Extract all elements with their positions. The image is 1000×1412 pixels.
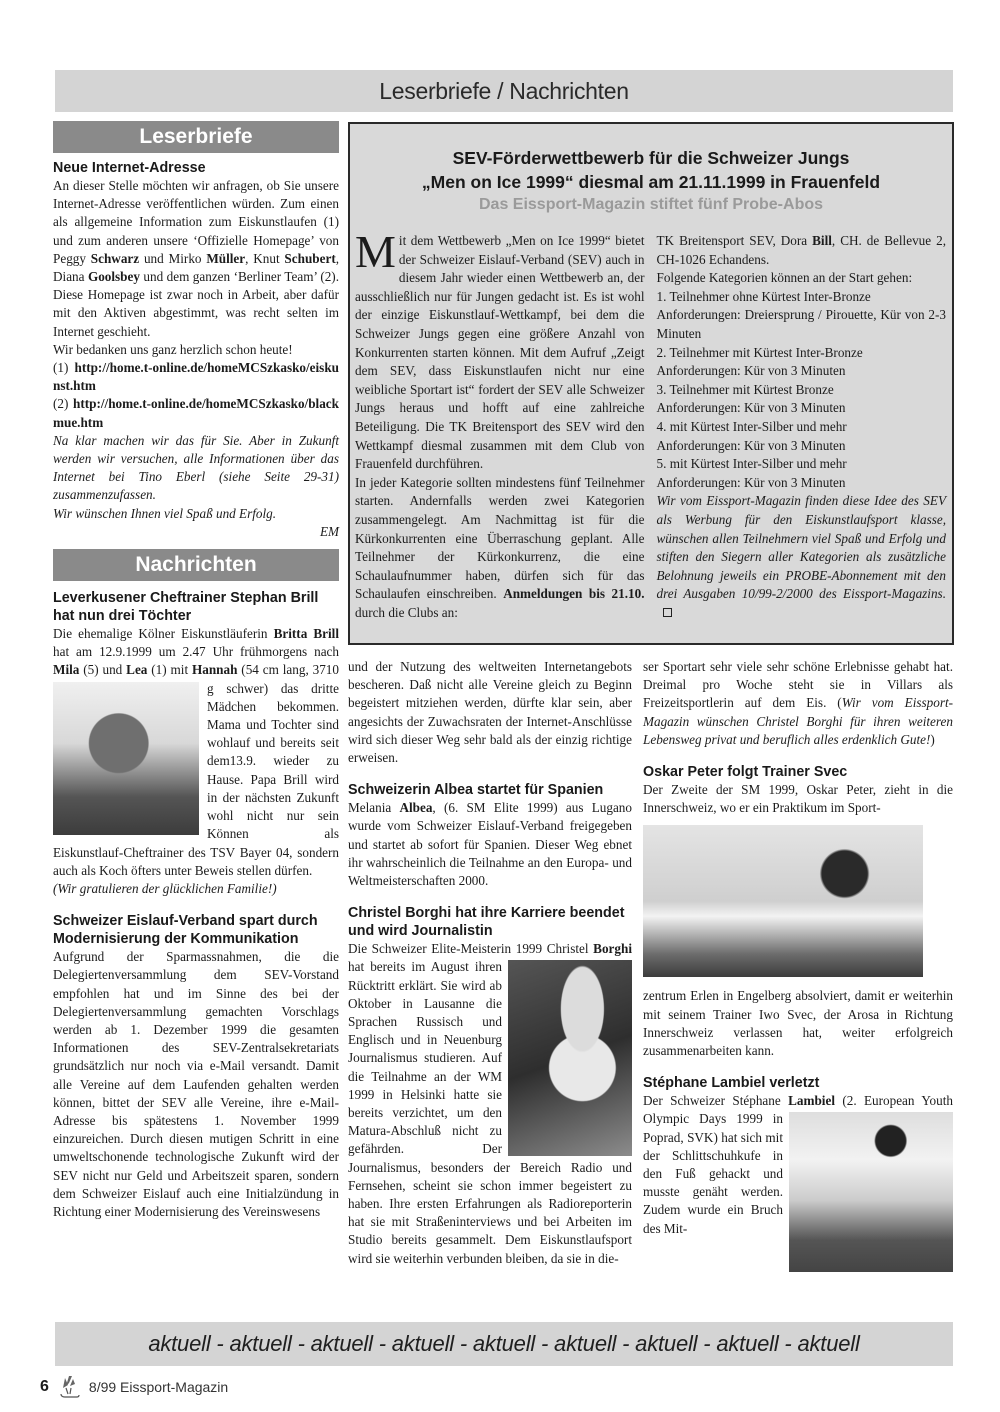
feature-title-line-1: SEV-Förderwettbewerb für die Schweizer J… bbox=[350, 146, 952, 170]
category-title: 5. mit Kürtest Inter-Silber und mehr bbox=[657, 455, 947, 474]
page-number: 6 bbox=[40, 1378, 49, 1396]
article-body-continued: und der Nutzung des weltweiten Interneta… bbox=[348, 658, 632, 767]
feature-title-line-2: „Men on Ice 1999“ diesmal am 21.11.1999 … bbox=[350, 170, 952, 194]
page-footer: 6 8/99 Eissport-Magazin bbox=[40, 1374, 228, 1400]
link-line-1: (1) http://home.t-online.de/homeMCSzkask… bbox=[53, 359, 339, 395]
url-link-2[interactable]: http://home.t-online.de/homeMCSzkasko/bl… bbox=[53, 396, 339, 429]
category-title: 4. mit Kürtest Inter-Silber und mehr bbox=[657, 418, 947, 437]
feature-box-men-on-ice: SEV-Förderwettbewerb für die Schweizer J… bbox=[348, 122, 954, 645]
article-headline: Schweizer Eislauf-Verband spart durch Mo… bbox=[53, 912, 339, 948]
article-closing: (Wir gratulieren der glücklichen Familie… bbox=[53, 880, 339, 898]
aktuell-text: aktuell - aktuell - aktuell - aktuell - … bbox=[148, 1331, 859, 1357]
categories-intro: Folgende Kategorien können an der Start … bbox=[657, 269, 947, 288]
url-link-1[interactable]: http://home.t-online.de/homeMCSzkasko/ei… bbox=[53, 360, 339, 393]
feature-column-right: TK Breitensport SEV, Dora Bill, CH. de B… bbox=[657, 232, 947, 622]
article-headline: Stéphane Lambiel verletzt bbox=[643, 1074, 953, 1092]
section-bar-leserbriefe: Leserbriefe bbox=[53, 121, 339, 153]
article-body: Der Zweite der SM 1999, Oskar Peter, zie… bbox=[643, 781, 953, 817]
feature-address: TK Breitensport SEV, Dora Bill, CH. de B… bbox=[657, 232, 947, 269]
article-body: Aufgrund der Sparmassnahmen, die die Del… bbox=[53, 948, 339, 1221]
editor-reply: Na klar machen wir das für Sie. Aber in … bbox=[53, 432, 339, 505]
article-body: zentrum Erlen in Engelberg absolviert, d… bbox=[643, 987, 953, 1060]
article-body: Melania Albea, (6. SM Elite 1999) aus Lu… bbox=[348, 799, 632, 890]
section-title: Nachrichten bbox=[135, 553, 256, 577]
article-body: An dieser Stelle möchten wir anfragen, o… bbox=[53, 177, 339, 341]
middle-column: und der Nutzung des weltweiten Interneta… bbox=[348, 658, 632, 1268]
category-title: 2. Teilnehmer mit Kürtest Inter-Bronze bbox=[657, 344, 947, 363]
category-req: Anforderungen: Kür von 3 Minuten bbox=[657, 474, 947, 493]
brill-photo bbox=[53, 682, 199, 835]
thanks-line: Wir bedanken uns ganz herzlich schon heu… bbox=[53, 341, 339, 359]
right-column: ser Sportart sehr viele sehr schöne Erle… bbox=[643, 658, 953, 1272]
categories-list: 1. Teilnehmer ohne Kürtest Inter-Bronze … bbox=[657, 288, 947, 493]
article-headline: Schweizerin Albea startet für Spanien bbox=[348, 781, 632, 799]
left-column: Leserbriefe Neue Internet-Adresse An die… bbox=[53, 121, 339, 1221]
article-headline: Neue Internet-Adresse bbox=[53, 159, 339, 177]
article-body: Die Schweizer Elite-Meisterin 1999 Chris… bbox=[348, 940, 632, 1268]
category-title: 3. Teilnehmer mit Kürtest Bronze bbox=[657, 381, 947, 400]
feature-subtitle: Das Eissport-Magazin stiftet fünf Probe-… bbox=[350, 194, 952, 216]
peter-photo bbox=[643, 825, 923, 977]
feature-column-left: Mit dem Wettbewerb „Men on Ice 1999“ bie… bbox=[355, 232, 645, 622]
category-req: Anforderungen: Dreiersprung / Pirouette,… bbox=[657, 306, 947, 343]
dropcap: M bbox=[355, 234, 399, 270]
lambiel-photo bbox=[789, 1112, 953, 1272]
section-title: Leserbriefe bbox=[139, 125, 252, 149]
link-line-2: (2) http://home.t-online.de/homeMCSzkask… bbox=[53, 395, 339, 431]
signature: EM bbox=[53, 523, 339, 541]
skater-logo-icon bbox=[57, 1374, 81, 1400]
article-body-continued: ser Sportart sehr viele sehr schöne Erle… bbox=[643, 658, 953, 749]
editor-wish: Wir wünschen Ihnen viel Spaß und Erfolg. bbox=[53, 505, 339, 523]
article-body: Der Schweizer Stéphane Lambiel (2. Europ… bbox=[643, 1092, 953, 1238]
article-headline: Christel Borghi hat ihre Karriere beende… bbox=[348, 904, 632, 940]
article-headline: Oskar Peter folgt Trainer Svec bbox=[643, 763, 953, 781]
feature-body: Mit dem Wettbewerb „Men on Ice 1999“ bie… bbox=[355, 232, 645, 474]
editor-note: Wir vom Eissport-Magazin finden diese Id… bbox=[657, 492, 947, 622]
aktuell-banner: aktuell - aktuell - aktuell - aktuell - … bbox=[55, 1322, 953, 1366]
page-header-banner: Leserbriefe / Nachrichten bbox=[55, 70, 953, 112]
borghi-photo bbox=[508, 960, 632, 1156]
feature-body-2: In jeder Kategorie sollten mindestens fü… bbox=[355, 474, 645, 623]
category-req: Anforderungen: Kür von 3 Minuten bbox=[657, 437, 947, 456]
category-req: Anforderungen: Kür von 3 Minuten bbox=[657, 362, 947, 381]
category-title: 1. Teilnehmer ohne Kürtest Inter-Bronze bbox=[657, 288, 947, 307]
section-bar-nachrichten: Nachrichten bbox=[53, 549, 339, 581]
magazine-issue: 8/99 Eissport-Magazin bbox=[89, 1379, 228, 1395]
page-title: Leserbriefe / Nachrichten bbox=[379, 78, 628, 105]
article-body: Die ehemalige Kölner Eiskunstläuferin Br… bbox=[53, 625, 339, 880]
end-mark-icon bbox=[663, 608, 672, 617]
category-req: Anforderungen: Kür von 3 Minuten bbox=[657, 399, 947, 418]
article-headline: Leverkusener Cheftrainer Stephan Brill h… bbox=[53, 589, 339, 625]
